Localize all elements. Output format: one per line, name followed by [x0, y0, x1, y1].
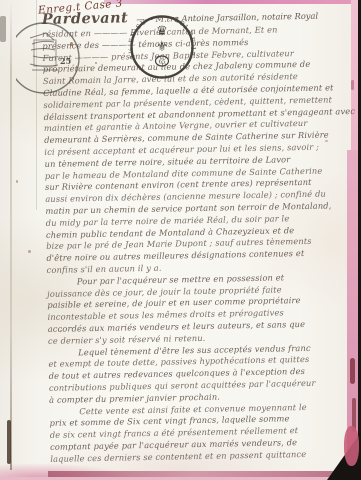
paper-speck: [16, 180, 18, 183]
manuscript-scan-page: Enreg.t Case 3 25 2½ EN SUS LOI DE 18.. …: [0, 0, 361, 480]
top-left-edge-mark: [0, 16, 6, 42]
opening-word: Pardevant: [42, 9, 129, 28]
paper-speck: [28, 250, 31, 253]
manuscript-line: —— M.tre Antoine Jarsaillon, notaire Roy…: [136, 11, 318, 24]
top-edge-magenta-strip: [104, 0, 361, 4]
right-edge-stain: [351, 80, 354, 90]
handwritten-deed-text: Pardevant—— M.tre Antoine Jarsaillon, no…: [42, 6, 355, 465]
left-fold-line: [10, 0, 12, 470]
right-edge-pink-strip-top: [351, 0, 358, 150]
left-edge-tear-mark: [7, 420, 11, 464]
